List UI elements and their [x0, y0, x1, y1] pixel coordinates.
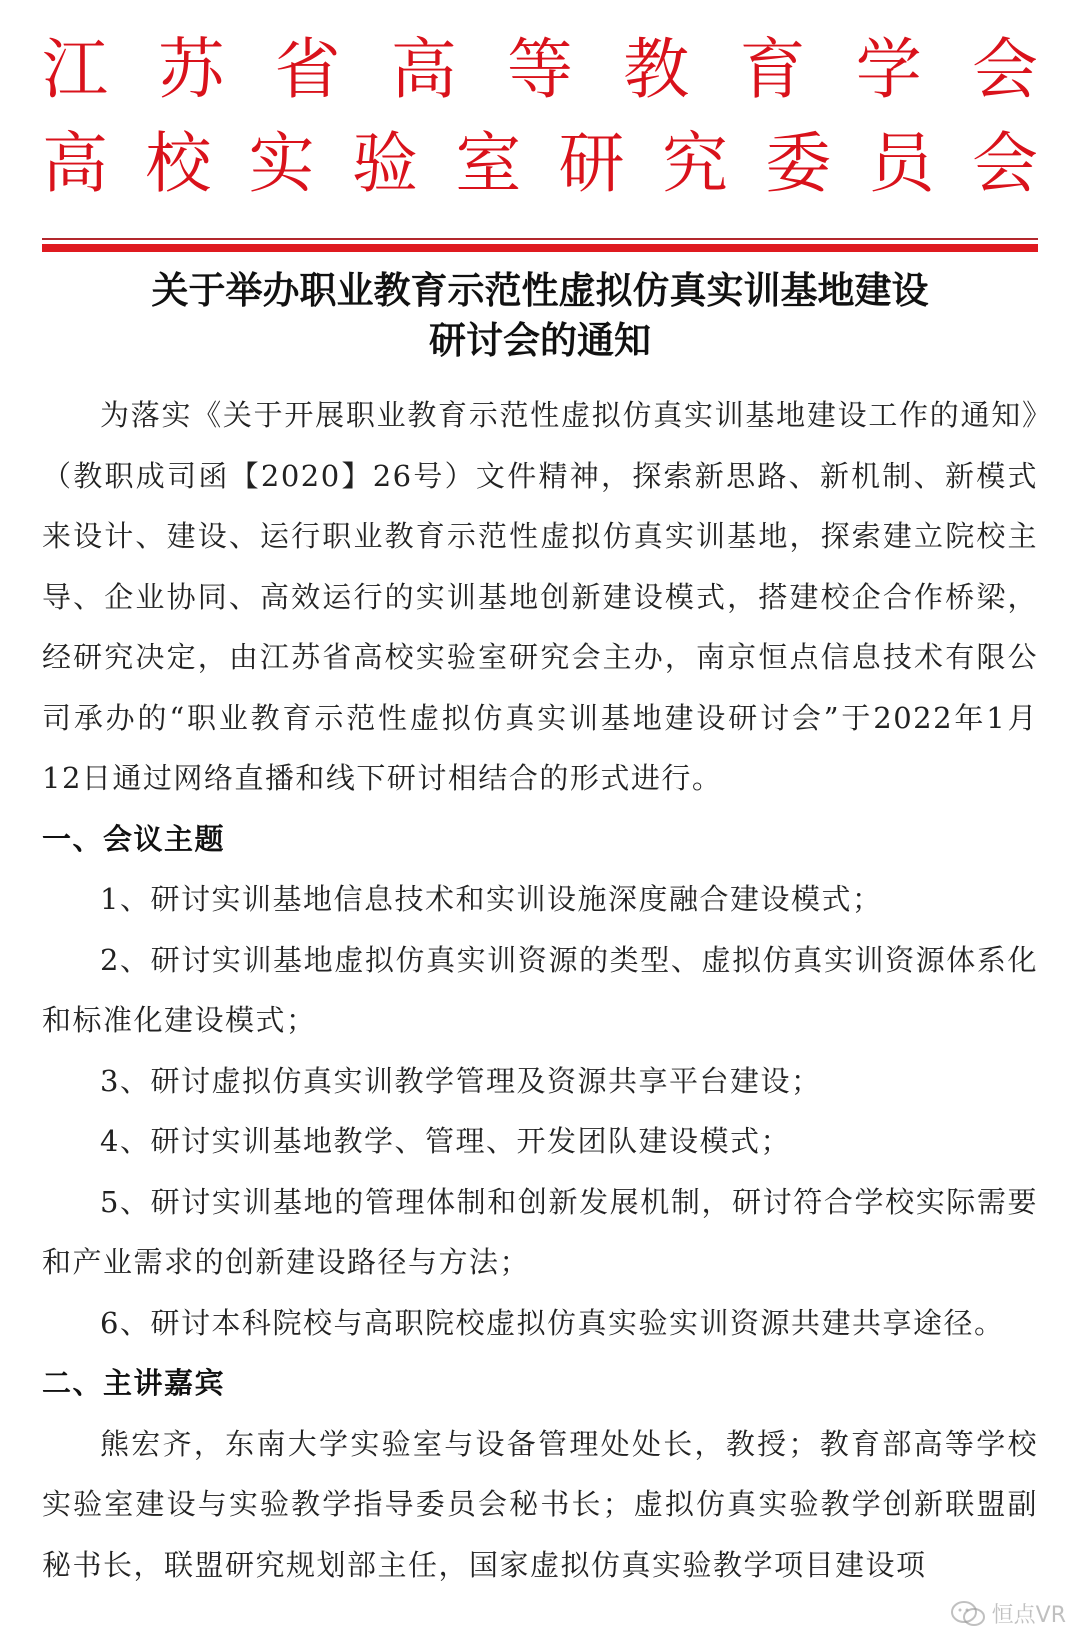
org-char: 验	[350, 124, 420, 204]
org-char: 研	[557, 124, 627, 204]
title-line-2: 研讨会的通知	[0, 316, 1080, 366]
org-char: 实	[247, 124, 317, 204]
org-char: 苏	[156, 30, 226, 110]
topic-item: 6、研讨本科院校与高职院校虚拟仿真实验实训资源共建共享途径。	[42, 1293, 1038, 1354]
org-name-line-2: 高 校 实 验 室 研 究 委 员 会	[40, 124, 1040, 204]
org-char: 省	[273, 30, 343, 110]
watermark: 恒点VR	[950, 1598, 1066, 1629]
wechat-icon	[950, 1600, 986, 1628]
intro-paragraph: 为落实《关于开展职业教育示范性虚拟仿真实训基地建设工作的通知》（教职成司函【20…	[42, 385, 1038, 809]
watermark-text: 恒点VR	[992, 1598, 1066, 1629]
org-char: 委	[763, 124, 833, 204]
topic-item: 5、研讨实训基地的管理体制和创新发展机制，研讨符合学校实际需要和产业需求的创新建…	[42, 1172, 1038, 1293]
org-char: 员	[867, 124, 937, 204]
header-divider-thick	[42, 244, 1038, 252]
section-heading-speakers: 二、主讲嘉宾	[42, 1353, 1038, 1414]
document-title: 关于举办职业教育示范性虚拟仿真实训基地建设 研讨会的通知	[0, 266, 1080, 366]
org-name-line-1: 江 苏 省 高 等 教 育 学 会	[40, 30, 1040, 110]
topic-item: 1、研讨实训基地信息技术和实训设施深度融合建设模式；	[42, 869, 1038, 930]
section-heading-topics: 一、会议主题	[42, 809, 1038, 870]
speaker-bio: 熊宏齐，东南大学实验室与设备管理处处长，教授；教育部高等学校实验室建设与实验教学…	[42, 1414, 1038, 1596]
title-line-1: 关于举办职业教育示范性虚拟仿真实训基地建设	[0, 266, 1080, 316]
org-char: 江	[40, 30, 110, 110]
org-char: 究	[660, 124, 730, 204]
topic-item: 4、研讨实训基地教学、管理、开发团队建设模式；	[42, 1111, 1038, 1172]
org-char: 会	[970, 30, 1040, 110]
org-char: 学	[854, 30, 924, 110]
org-char: 室	[453, 124, 523, 204]
org-char: 育	[738, 30, 808, 110]
org-char: 高	[40, 124, 110, 204]
topic-item: 2、研讨实训基地虚拟仿真实训资源的类型、虚拟仿真实训资源体系化和标准化建设模式；	[42, 930, 1038, 1051]
org-char: 等	[505, 30, 575, 110]
org-char: 校	[143, 124, 213, 204]
topic-item: 3、研讨虚拟仿真实训教学管理及资源共享平台建设；	[42, 1051, 1038, 1112]
org-char: 教	[621, 30, 691, 110]
document-body: 为落实《关于开展职业教育示范性虚拟仿真实训基地建设工作的通知》（教职成司函【20…	[42, 385, 1038, 1595]
org-char: 高	[389, 30, 459, 110]
header-divider-thin	[42, 238, 1038, 240]
org-char: 会	[970, 124, 1040, 204]
